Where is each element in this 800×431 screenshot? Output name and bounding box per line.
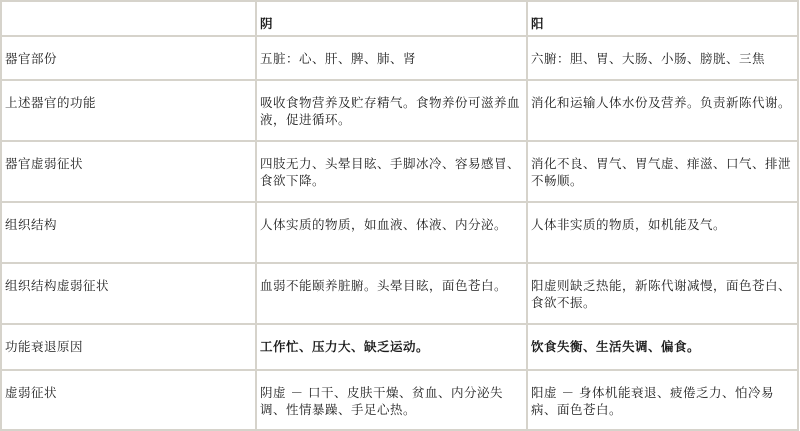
row-label: 上述器官的功能 — [1, 80, 256, 141]
yin-cell: 血弱不能颐养脏腑。头晕目眩，面色苍白。 — [256, 263, 527, 324]
table-row: 上述器官的功能 吸收食物营养及贮存精气。食物养份可滋养血液，促进循环。 消化和运… — [1, 80, 798, 141]
yang-cell: 阳虚则缺乏热能，新陈代谢减慢，面色苍白、食欲不振。 — [527, 263, 798, 324]
yang-cell: 饮食失衡、生活失调、偏食。 — [527, 324, 798, 346]
header-cell-yin: 阴 — [256, 1, 527, 36]
yin-cell: 吸收食物营养及贮存精气。食物养份可滋养血液，促进循环。 — [256, 80, 527, 141]
table-row: 功能衰退原因 工作忙、压力大、缺乏运动。 饮食失衡、生活失调、偏食。 — [1, 324, 798, 346]
header-cell-yang: 阳 — [527, 1, 798, 36]
yang-cell: 消化不良、胃气、胃气虚、痱滋、口气、排泄不畅顺。 — [527, 141, 798, 202]
row-label: 器官部份 — [1, 36, 256, 80]
table-row: 组织结构 人体实质的物质，如血液、体液、内分泌。 人体非实质的物质，如机能及气。 — [1, 202, 798, 263]
yang-cell: 六腑：胆、胃、大肠、小肠、膀胱、三焦 — [527, 36, 798, 80]
yin-cell: 五脏：心、肝、脾、肺、肾 — [256, 36, 527, 80]
table-row: 组织结构虚弱征状 血弱不能颐养脏腑。头晕目眩，面色苍白。 阳虚则缺乏热能，新陈代… — [1, 263, 798, 324]
yang-cell: 消化和运输人体水份及营养。负责新陈代谢。 — [527, 80, 798, 141]
table-header-row: 阴 阳 — [1, 1, 798, 36]
table-row: 器官部份 五脏：心、肝、脾、肺、肾 六腑：胆、胃、大肠、小肠、膀胱、三焦 — [1, 36, 798, 80]
row-label: 组织结构虚弱征状 — [1, 263, 256, 324]
row-label: 器官虚弱征状 — [1, 141, 256, 202]
row-label: 功能衰退原因 — [1, 324, 256, 346]
yang-cell: 人体非实质的物质，如机能及气。 — [527, 202, 798, 263]
row-label: 组织结构 — [1, 202, 256, 263]
yin-yang-comparison-table: 阴 阳 器官部份 五脏：心、肝、脾、肺、肾 六腑：胆、胃、大肠、小肠、膀胱、三焦… — [0, 0, 799, 346]
yin-cell: 工作忙、压力大、缺乏运动。 — [256, 324, 527, 346]
yin-cell: 四肢无力、头晕目眩、手脚冰冷、容易感冒、食欲下降。 — [256, 141, 527, 202]
header-cell-blank — [1, 1, 256, 36]
table-row: 器官虚弱征状 四肢无力、头晕目眩、手脚冰冷、容易感冒、食欲下降。 消化不良、胃气… — [1, 141, 798, 202]
yin-cell: 人体实质的物质，如血液、体液、内分泌。 — [256, 202, 527, 263]
